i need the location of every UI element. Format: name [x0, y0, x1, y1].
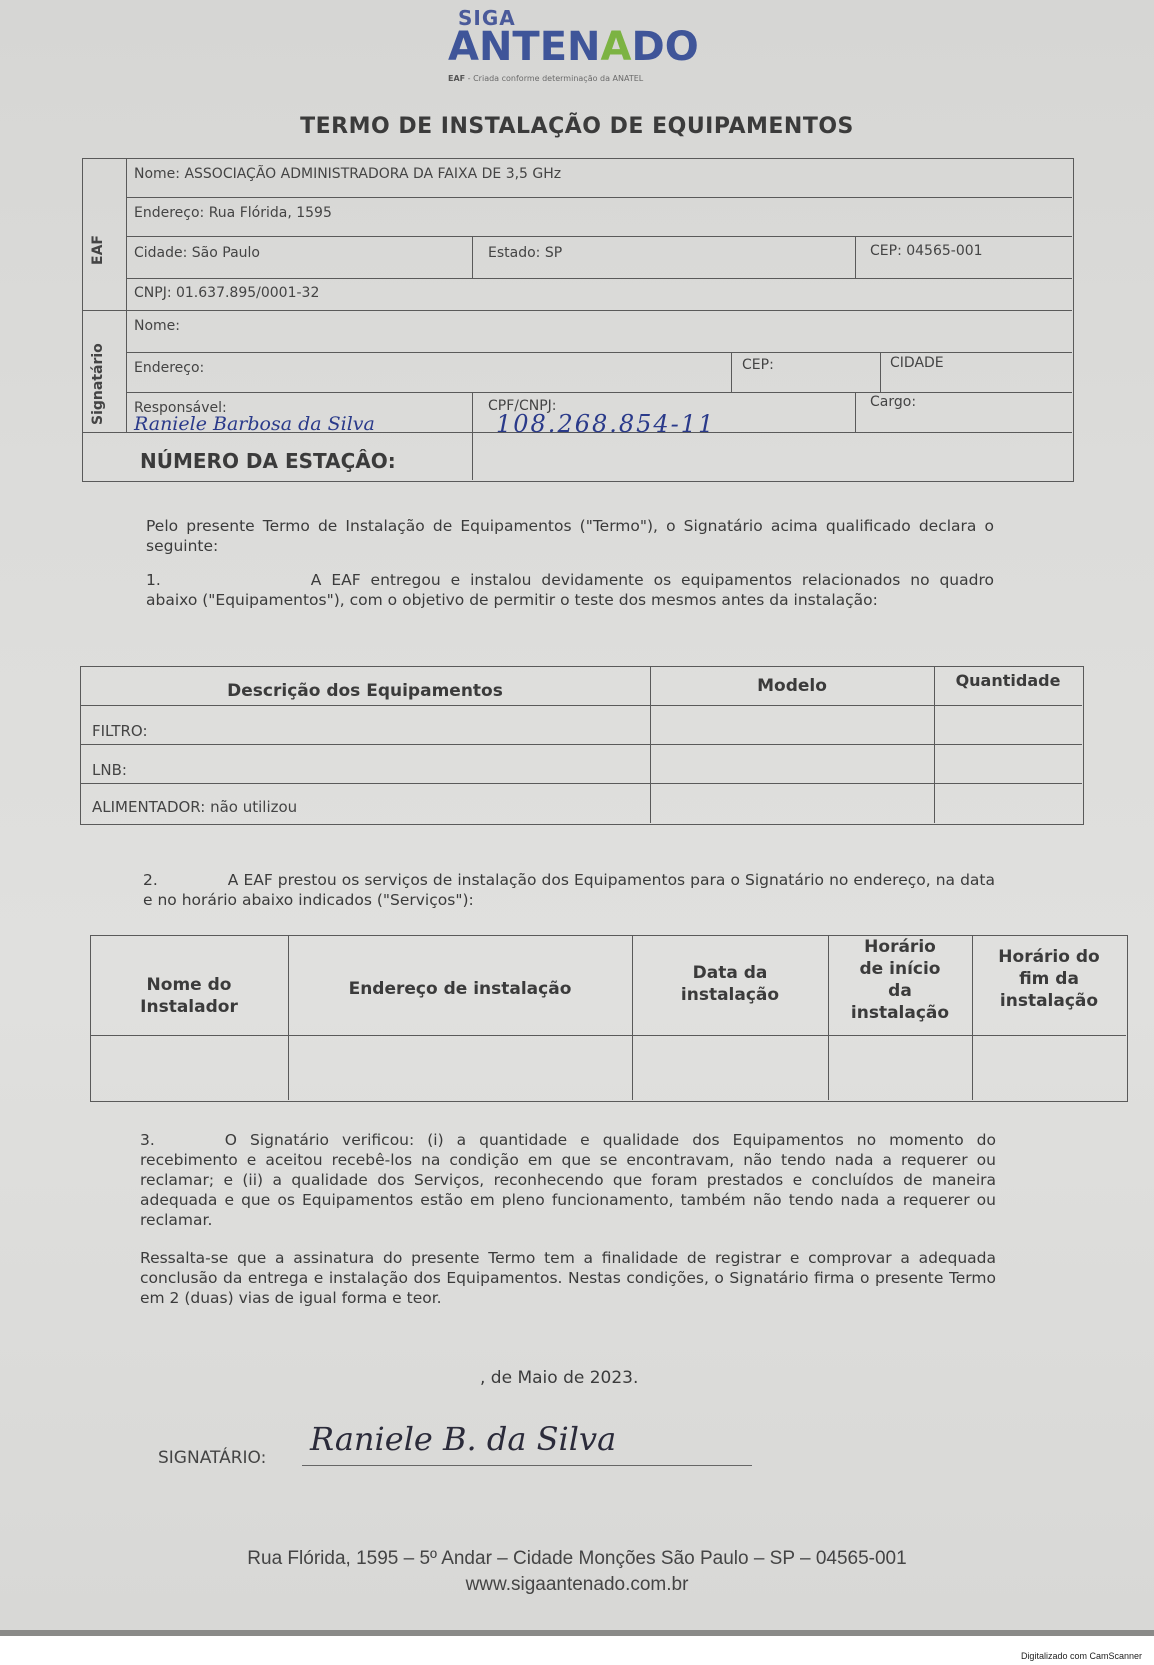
logo-tagline: EAF - Criada conforme determinação da AN… — [448, 74, 643, 83]
services-header-fim-l1: Horário do — [998, 947, 1099, 967]
intro-paragraph: Pelo presente Termo de Instalação de Equ… — [146, 516, 994, 556]
services-header-instalador-l2: Instalador — [140, 997, 238, 1017]
clause-1: 1.A EAF entregou e instalou devidamente … — [146, 570, 994, 610]
clause-2: 2.A EAF prestou os serviços de instalaçã… — [143, 870, 995, 910]
estacao-number-field[interactable] — [474, 434, 1070, 478]
clause-3: 3.O Signatário verificou: (i) a quantida… — [140, 1130, 996, 1230]
logo-tagline-text: - Criada conforme determinação da ANATEL — [465, 74, 643, 83]
logo-antenado-right: DO — [632, 24, 699, 70]
clause-3-text: O Signatário verificou: (i) a quantidade… — [140, 1131, 996, 1229]
services-header-inicio-l3: da — [888, 981, 912, 1001]
logo-tagline-eaf: EAF — [448, 74, 465, 83]
logo-antenna-icon: A — [601, 24, 632, 70]
eaf-nome: Nome: ASSOCIAÇÃO ADMINISTRADORA DA FAIXA… — [134, 166, 561, 182]
date-line: , de Maio de 2023. — [480, 1368, 638, 1388]
eaf-section-label: EAF — [90, 235, 106, 265]
clause-2-text: A EAF prestou os serviços de instalação … — [143, 871, 995, 909]
services-header-instalador: Nome doInstalador — [90, 974, 288, 1018]
signatario-section-label: Signatário — [90, 343, 106, 425]
equipment-header-descricao: Descrição dos Equipamentos — [80, 680, 650, 702]
signatario-responsavel-handwritten[interactable]: Raniele Barbosa da Silva — [134, 413, 375, 435]
signatario-cep-field[interactable]: CEP: — [742, 357, 774, 373]
services-header-inicio-l4: instalação — [851, 1003, 949, 1023]
equipment-row-filtro: FILTRO: — [92, 722, 148, 740]
estacao-number-label: NÚMERO DA ESTAÇÂO: — [140, 449, 396, 473]
clause-2-number: 2. — [143, 871, 158, 889]
equipment-row-alimentador: ALIMENTADOR: não utilizou — [92, 798, 297, 816]
services-header-data-l1: Data da — [693, 963, 768, 983]
equipment-header-modelo: Modelo — [650, 675, 934, 697]
services-header-inicio: Horáriode iníciodainstalação — [828, 936, 972, 1024]
siga-antenado-logo: SIGA ANTENADO EAF - Criada conforme dete… — [448, 6, 688, 94]
signature-handwritten[interactable]: Raniele B. da Silva — [310, 1420, 616, 1458]
footer-website[interactable]: www.sigaantenado.com.br — [0, 1574, 1154, 1596]
services-header-fim-l2: fim da — [1019, 969, 1079, 989]
camscanner-watermark: Digitalizado com CamScanner — [1021, 1651, 1142, 1661]
clause-1-number: 1. — [146, 571, 161, 589]
services-header-inicio-l1: Horário — [864, 937, 936, 957]
services-header-data: Data dainstalação — [632, 962, 828, 1006]
services-header-fim: Horário dofim dainstalação — [972, 946, 1126, 1012]
signatario-cidade-field[interactable]: CIDADE — [890, 355, 944, 371]
eaf-cidade: Cidade: São Paulo — [134, 245, 260, 261]
services-header-inicio-l2: de início — [860, 959, 941, 979]
eaf-estado: Estado: SP — [488, 245, 562, 261]
equipment-header-quantidade: Quantidade — [934, 670, 1082, 692]
clause-3-number: 3. — [140, 1131, 155, 1149]
footer-address: Rua Flórida, 1595 – 5º Andar – Cidade Mo… — [0, 1548, 1154, 1570]
page-edge — [0, 1630, 1154, 1636]
logo-antenado: ANTENADO — [448, 24, 699, 70]
ressalva-paragraph: Ressalta-se que a assinatura do presente… — [140, 1248, 996, 1308]
signatario-cargo-field[interactable]: Cargo: — [870, 394, 916, 410]
logo-antenado-left: ANTEN — [448, 24, 601, 70]
equipment-row-lnb: LNB: — [92, 761, 127, 779]
document-title: TERMO DE INSTALAÇÃO DE EQUIPAMENTOS — [0, 114, 1154, 139]
clause-1-text: A EAF entregou e instalou devidamente os… — [146, 571, 994, 609]
eaf-cnpj: CNPJ: 01.637.895/0001-32 — [134, 285, 319, 301]
signatario-nome-field[interactable]: Nome: — [134, 318, 180, 334]
services-header-data-l2: instalação — [681, 985, 779, 1005]
signatario-endereco-field[interactable]: Endereço: — [134, 360, 204, 376]
eaf-cep: CEP: 04565-001 — [870, 243, 983, 259]
services-header-endereco: Endereço de instalação — [288, 978, 632, 1000]
signature-label: SIGNATÁRIO: — [158, 1448, 266, 1468]
services-header-instalador-l1: Nome do — [147, 975, 232, 995]
services-header-fim-l3: instalação — [1000, 991, 1098, 1011]
eaf-endereco: Endereço: Rua Flórida, 1595 — [134, 205, 332, 221]
